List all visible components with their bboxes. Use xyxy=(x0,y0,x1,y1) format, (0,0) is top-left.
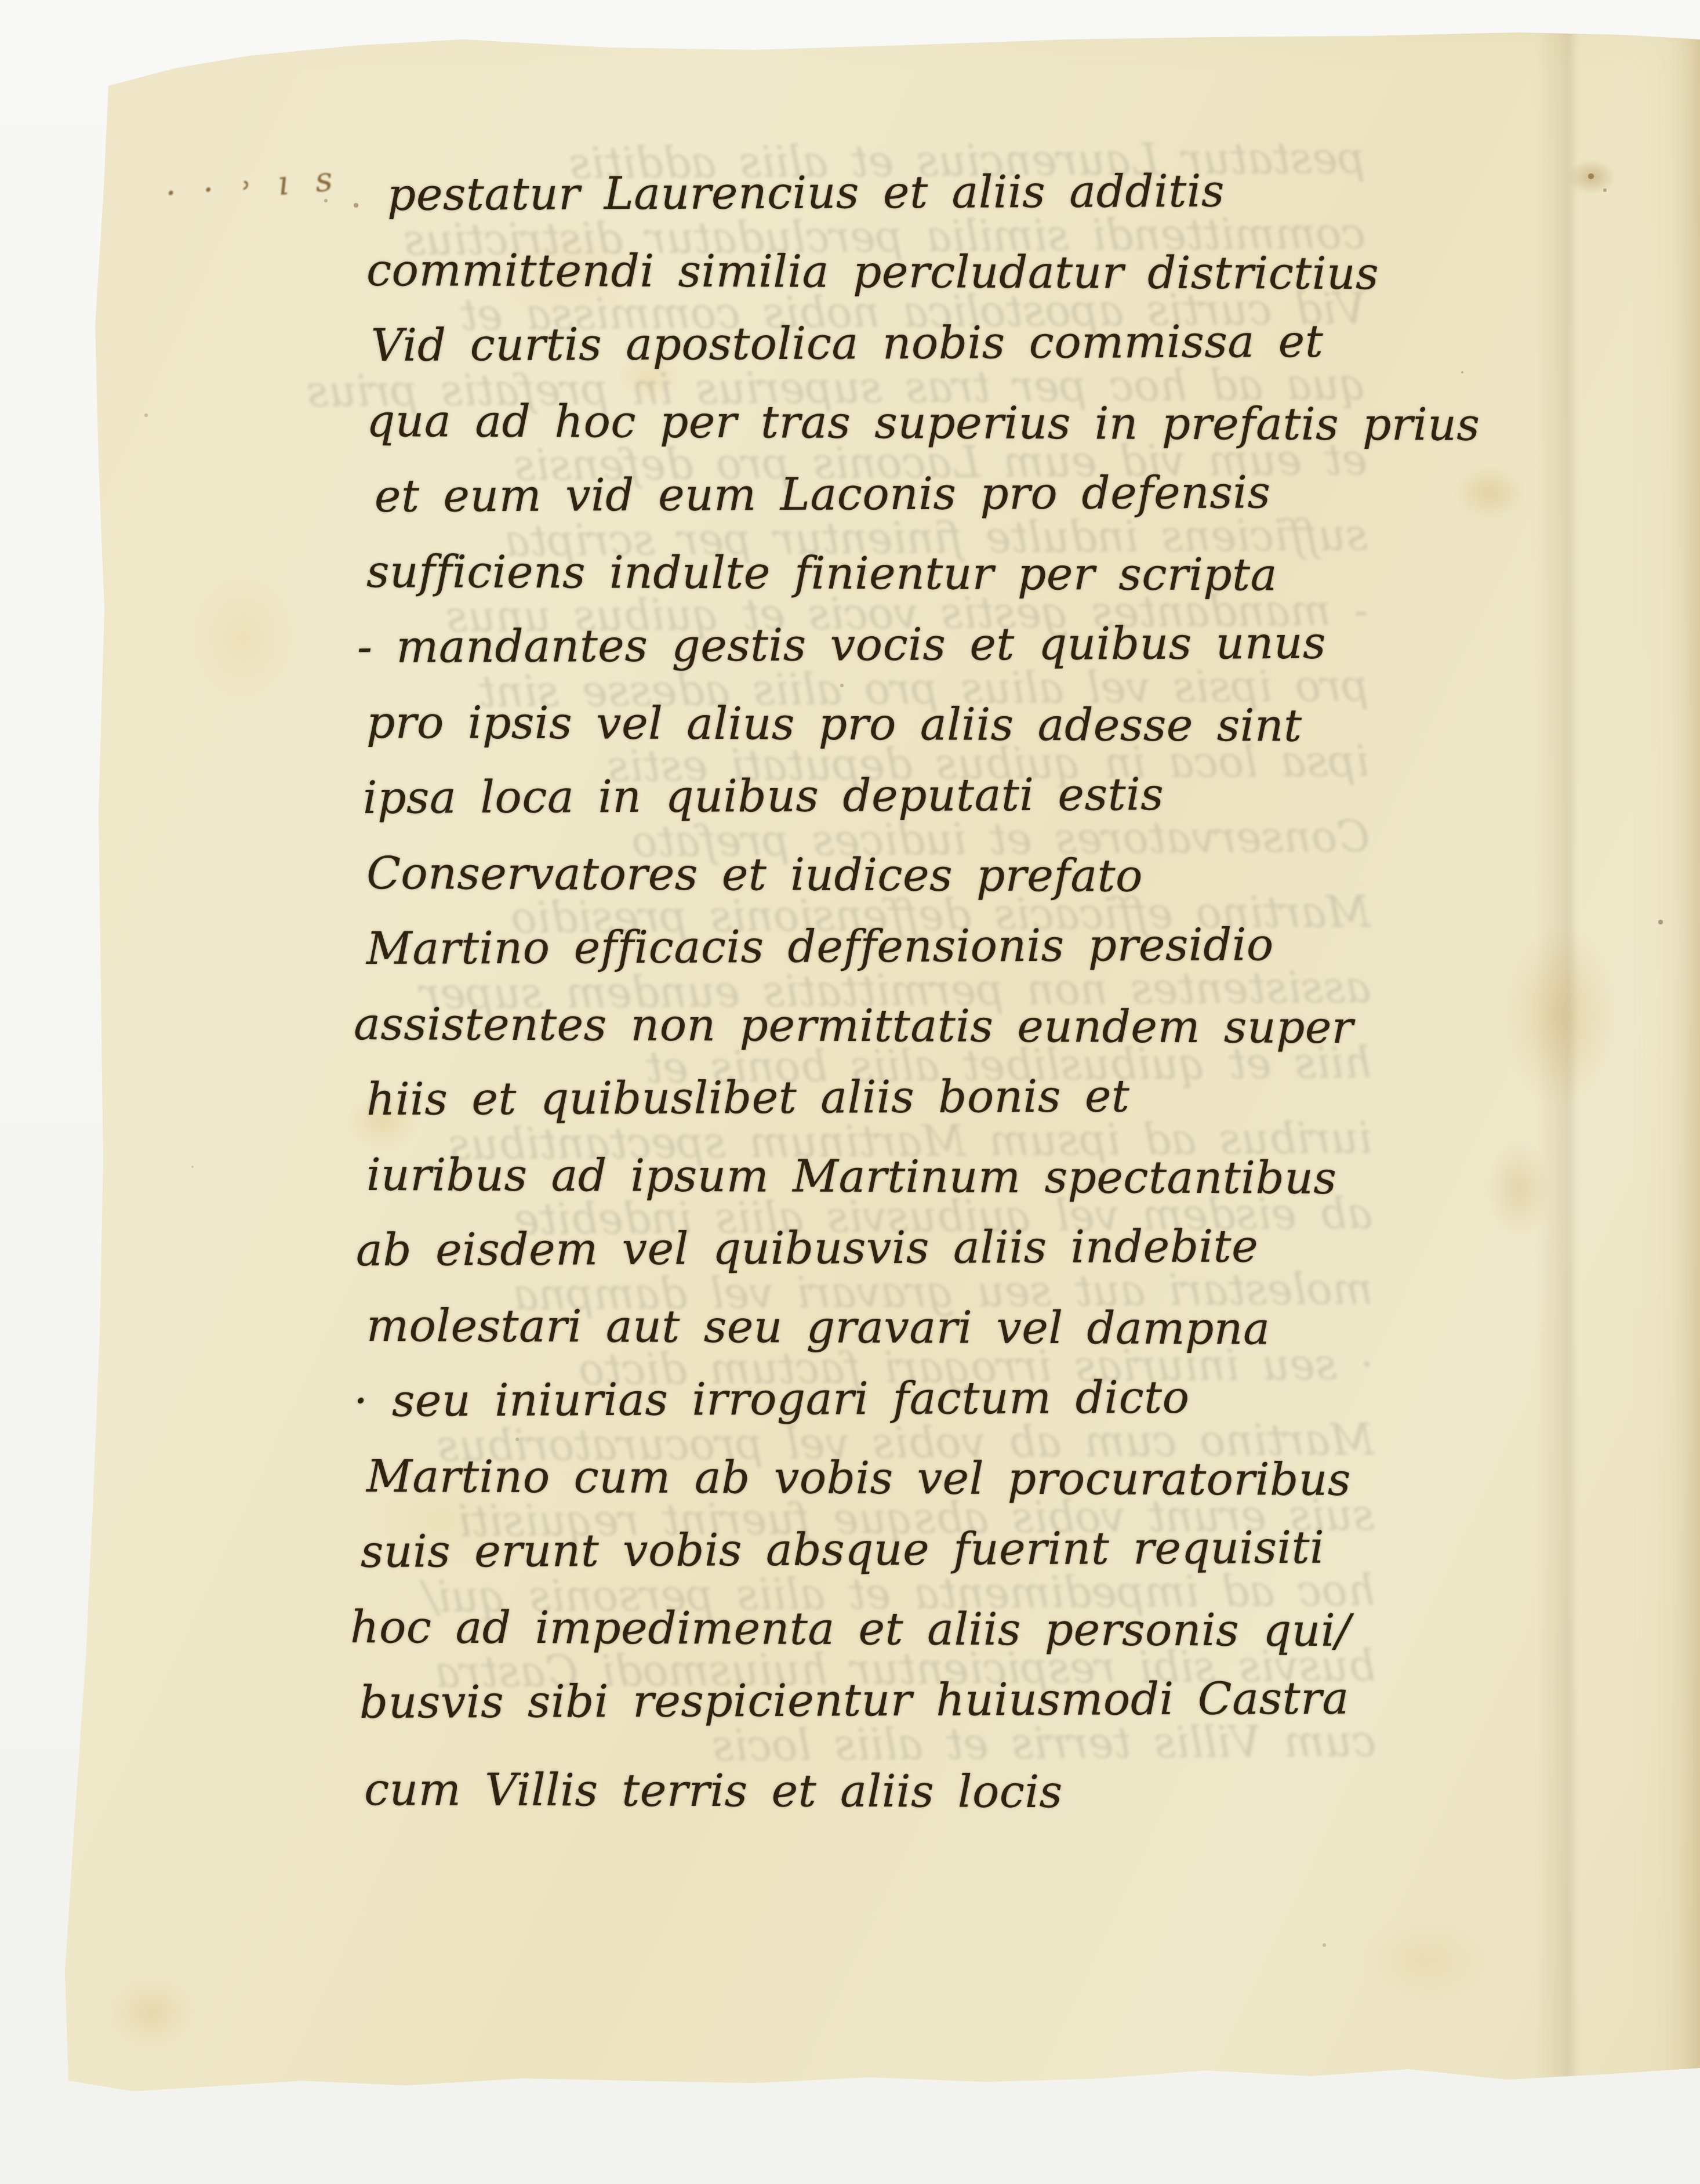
manuscript-line: committendi similia percludatur district… xyxy=(366,233,1387,312)
ink-flecks xyxy=(0,0,2,2)
manuscript-line: - mandantes gestis vocis et quibus unus xyxy=(357,605,1387,685)
manuscript-line: et eum vid eum Laconis pro defensis xyxy=(375,455,1387,535)
text-block: pestatur Laurencius et aliis additis com… xyxy=(366,158,1387,1828)
manuscript-line: cum Villis terris et aliis locis xyxy=(364,1753,1387,1831)
manuscript-line: Martino cum ab vobis vel procuratoribus xyxy=(366,1439,1387,1518)
manuscript-line: hoc ad impedimenta et aliis personis qui… xyxy=(350,1590,1387,1669)
manuscript-line: · seu iniurias irrogari factum dicto xyxy=(354,1359,1387,1439)
manuscript-line: molestari aut seu gravari vel dampna xyxy=(366,1289,1387,1367)
manuscript-line: suis erunt vobis absque fuerint requisit… xyxy=(361,1510,1387,1590)
scanner-background: · · ˒ ı s pestatur Laurencius et aliis a… xyxy=(0,0,1700,2184)
manuscript-line: pestatur Laurencius et aliis additis xyxy=(387,153,1387,233)
manuscript-line: Martino efficacis deffensionis presidio xyxy=(366,907,1387,987)
manuscript-line: Conservatores et iudices prefato xyxy=(366,836,1387,915)
manuscript-line: iuribus ad ipsum Martinum spectantibus xyxy=(366,1138,1387,1217)
fold-crease xyxy=(1536,26,1600,2078)
manuscript-line: pro ipsis vel alius pro aliis adesse sin… xyxy=(366,685,1387,764)
manuscript-page: · · ˒ ı s pestatur Laurencius et aliis a… xyxy=(0,0,1700,2184)
manuscript-line: ab eisdem vel quibusvis aliis indebite xyxy=(356,1209,1387,1289)
manuscript-line: assistentes non permittatis eundem super xyxy=(354,987,1387,1066)
manuscript-line: hiis et quibuslibet aliis bonis et xyxy=(366,1058,1387,1138)
manuscript-line: ipsa loca in quibus deputati estis xyxy=(363,756,1387,836)
manuscript-line: Vid curtis apostolica nobis commissa et xyxy=(371,304,1387,384)
manuscript-line: qua ad hoc per tras superius in prefatis… xyxy=(366,384,1387,463)
manuscript-line: busvis sibi respicientur huiusmodi Castr… xyxy=(359,1661,1387,1741)
manuscript-line: sufficiens indulte finientur per scripta xyxy=(366,535,1387,614)
